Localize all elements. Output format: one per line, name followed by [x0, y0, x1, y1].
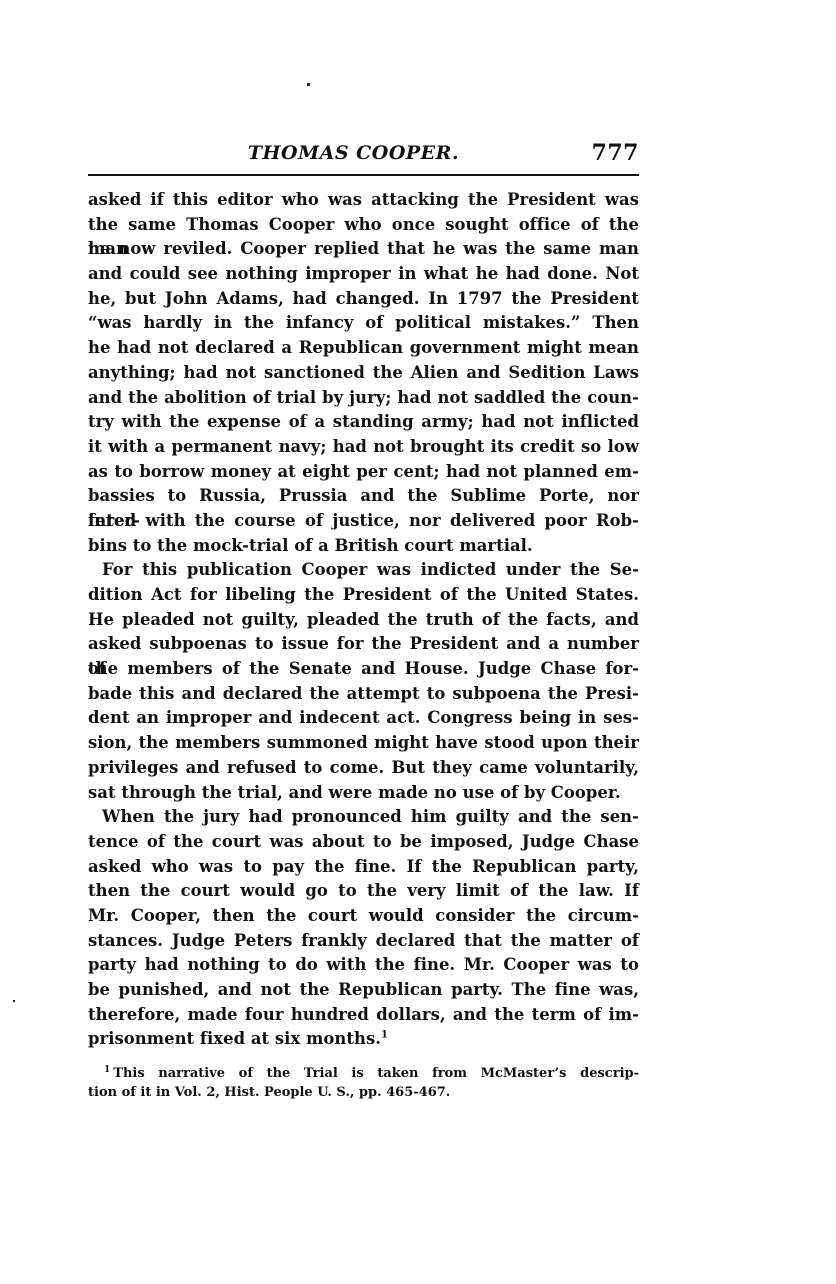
running-title: THOMAS COOPER. — [88, 142, 639, 164]
text-line: he had not declared a Republican governm… — [88, 336, 639, 361]
text-line: the members of the Senate and House. Jud… — [88, 657, 639, 682]
text-line: bassies to Russia, Prussia and the Subli… — [88, 484, 639, 509]
text-line: the same Thomas Cooper who once sought o… — [88, 213, 639, 238]
text-line: “was hardly in the infancy of political … — [88, 311, 639, 336]
text-line: fered with the course of justice, nor de… — [88, 509, 639, 534]
text-line: as to borrow money at eight per cent; ha… — [88, 460, 639, 485]
footnote-line: tion of it in Vol. 2, Hist. People U. S.… — [88, 1083, 639, 1102]
text-line: he, but John Adams, had changed. In 1797… — [88, 287, 639, 312]
header-rule — [88, 174, 639, 176]
text-line: he now reviled. Cooper replied that he w… — [88, 237, 639, 262]
footnote-text: This narrative of the Trial is taken fro… — [113, 1066, 639, 1081]
text-line: prisonment fixed at six months.1 — [88, 1027, 639, 1052]
text-line: bade this and declared the attempt to su… — [88, 682, 639, 707]
text-line: party had nothing to do with the fine. M… — [88, 953, 639, 978]
paragraph-2: For this publication Cooper was indicted… — [88, 558, 639, 805]
text-line: and the abolition of trial by jury; had … — [88, 386, 639, 411]
text-line: Mr. Cooper, then the court would conside… — [88, 904, 639, 929]
text-line: bins to the mock-trial of a British cour… — [88, 534, 639, 559]
paragraph-1: asked if this editor who was attacking t… — [88, 188, 639, 558]
text-line: anything; had not sanctioned the Alien a… — [88, 361, 639, 386]
running-head: THOMAS COOPER. 777 — [88, 140, 639, 174]
scan-speck — [307, 83, 310, 86]
footnote: 1This narrative of the Trial is taken fr… — [88, 1064, 639, 1102]
last-line-text: prisonment fixed at six months. — [88, 1029, 381, 1048]
text-line: sion, the members summoned might have st… — [88, 731, 639, 756]
text-line: dition Act for libeling the President of… — [88, 583, 639, 608]
text-line: and could see nothing improper in what h… — [88, 262, 639, 287]
text-line: stances. Judge Peters frankly declared t… — [88, 929, 639, 954]
text-line: He pleaded not guilty, pleaded the truth… — [88, 608, 639, 633]
text-line: asked if this editor who was attacking t… — [88, 188, 639, 213]
text-line: dent an improper and indecent act. Congr… — [88, 706, 639, 731]
paragraph-3: When the jury had pronounced him guilty … — [88, 805, 639, 1052]
page-number: 777 — [592, 140, 639, 166]
footnote-mark: 1 — [104, 1065, 110, 1075]
text-line: privileges and refused to come. But they… — [88, 756, 639, 781]
text-line: then the court would go to the very limi… — [88, 879, 639, 904]
body-text: asked if this editor who was attacking t… — [88, 188, 639, 1052]
book-page: THOMAS COOPER. 777 asked if this editor … — [88, 140, 639, 1102]
text-line: tence of the court was about to be impos… — [88, 830, 639, 855]
text-line: asked who was to pay the fine. If the Re… — [88, 855, 639, 880]
text-line: it with a permanent navy; had not brough… — [88, 435, 639, 460]
footnote-reference[interactable]: 1 — [381, 1030, 388, 1041]
text-line: therefore, made four hundred dollars, an… — [88, 1003, 639, 1028]
scan-speck — [13, 1000, 15, 1002]
text-line: For this publication Cooper was indicted… — [88, 558, 639, 583]
text-line: be punished, and not the Republican part… — [88, 978, 639, 1003]
footnote-line: 1This narrative of the Trial is taken fr… — [88, 1064, 639, 1083]
text-line: sat through the trial, and were made no … — [88, 781, 639, 806]
text-line: When the jury had pronounced him guilty … — [88, 805, 639, 830]
text-line: asked subpoenas to issue for the Preside… — [88, 632, 639, 657]
text-line: try with the expense of a standing army;… — [88, 410, 639, 435]
